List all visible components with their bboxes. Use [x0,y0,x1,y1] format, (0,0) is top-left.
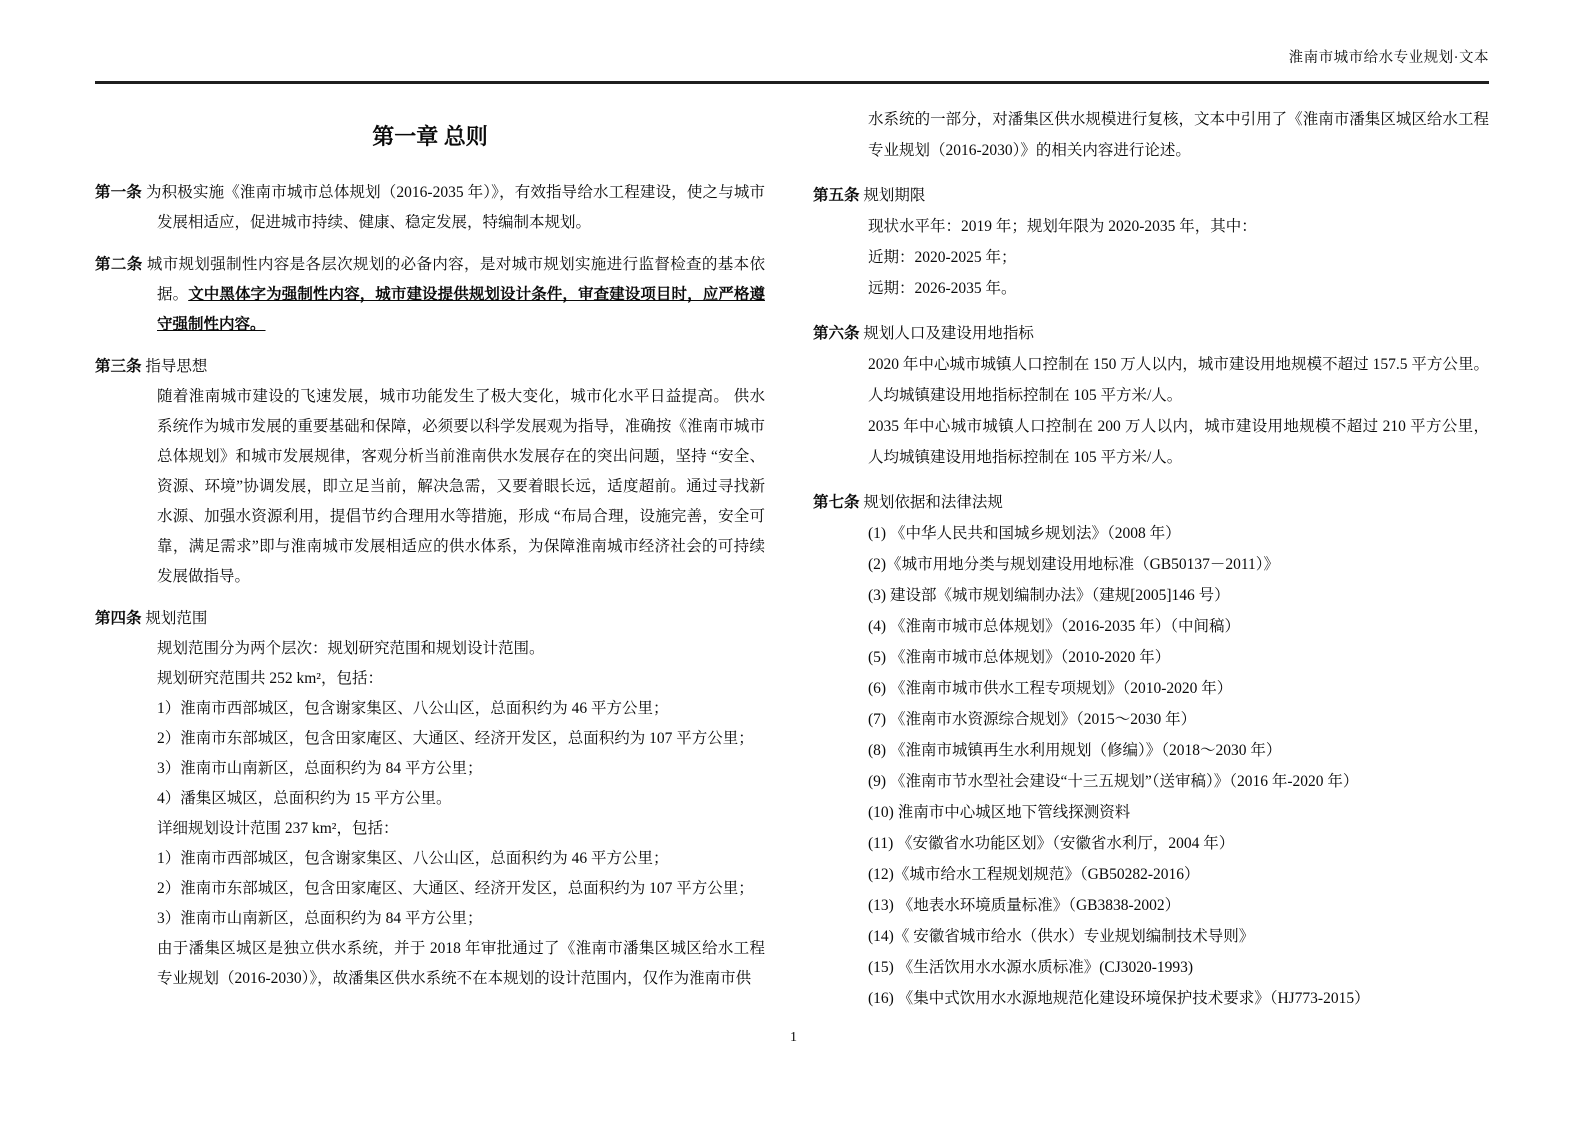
article-1: 第一条 为积极实施《淮南市城市总体规划（2016-2035 年）》，有效指导给水… [95,178,765,238]
population-land-paragraph: 2035 年中心城市城镇人口控制在 200 万人以内，城市建设用地规模不超过 2… [813,411,1489,473]
legal-basis-item: (9) 《淮南市节水型社会建设“十三五规划”（送审稿）》（2016 年-2020… [813,766,1489,797]
legal-basis-item: (3) 建设部《城市规划编制办法》（建规[2005]146 号） [813,580,1489,611]
left-column: 第一章 总则 第一条 为积极实施《淮南市城市总体规划（2016-2035 年）》… [95,104,765,1014]
planning-horizon-line: 现状水平年：2019 年；规划年限为 2020-2035 年，其中： [813,211,1489,242]
article-6: 第六条 规划人口及建设用地指标 [813,318,1489,349]
page-content: 第一章 总则 第一条 为积极实施《淮南市城市总体规划（2016-2035 年）》… [95,104,1489,1014]
design-scope-item: 1）淮南市西部城区，包含谢家集区、八公山区，总面积约为 46 平方公里； [95,844,765,874]
design-scope-item: 2）淮南市东部城区，包含田家庵区、大通区、经济开发区，总面积约为 107 平方公… [95,874,765,904]
article-5: 第五条 规划期限 [813,180,1489,211]
legal-basis-item: (7) 《淮南市水资源综合规划》（2015～2030 年） [813,704,1489,735]
research-scope-item: 2）淮南市东部城区，包含田家庵区、大通区、经济开发区，总面积约为 107 平方公… [95,724,765,754]
article-2: 第二条 城市规划强制性内容是各层次规划的必备内容，是对城市规划实施进行监督检查的… [95,250,765,340]
scope-levels-paragraph: 规划范围分为两个层次：规划研究范围和规划设计范围。 [95,634,765,664]
article-6-label: 第六条 [813,325,860,342]
chapter-title: 第一章 总则 [95,120,765,154]
legal-basis-item: (2)《城市用地分类与规划建设用地标准（GB50137－2011）》 [813,549,1489,580]
article-3-label: 第三条 [95,358,142,375]
legal-basis-item: (11) 《安徽省水功能区划》（安徽省水利厅，2004 年） [813,828,1489,859]
article-7-title: 规划依据和法律法规 [863,494,1003,511]
design-scope-item: 3）淮南市山南新区，总面积约为 84 平方公里； [95,904,765,934]
panji-note-continuation: 水系统的一部分，对潘集区供水规模进行复核，文本中引用了《淮南市潘集区城区给水工程… [813,104,1489,166]
article-4: 第四条 规划范围 [95,604,765,634]
legal-basis-item: (5) 《淮南市城市总体规划》（2010-2020 年） [813,642,1489,673]
research-scope-item: 3）淮南市山南新区，总面积约为 84 平方公里； [95,754,765,784]
legal-basis-item: (15) 《生活饮用水水源水质标准》(CJ3020-1993) [813,952,1489,983]
page-number: 1 [0,1030,1587,1046]
article-4-label: 第四条 [95,610,142,627]
planning-horizon-line: 远期：2026-2035 年。 [813,273,1489,304]
panji-note-paragraph: 由于潘集区城区是独立供水系统，并于 2018 年审批通过了《淮南市潘集区城区给水… [95,934,765,994]
article-1-label: 第一条 [95,184,142,201]
article-5-title: 规划期限 [863,187,925,204]
article-2-label: 第二条 [95,256,143,273]
legal-basis-item: (8) 《淮南市城镇再生水利用规划（修编）》（2018～2030 年） [813,735,1489,766]
legal-basis-item: (1) 《中华人民共和国城乡规划法》（2008 年） [813,518,1489,549]
article-3: 第三条 指导思想 [95,352,765,382]
article-6-title: 规划人口及建设用地指标 [863,325,1034,342]
article-2-mandatory-text: 文中黑体字为强制性内容，城市建设提供规划设计条件，审查建设项目时，应严格遵守强制… [157,286,765,333]
legal-basis-item: (12)《城市给水工程规划规范》（GB50282-2016） [813,859,1489,890]
population-land-paragraph: 2020 年中心城市城镇人口控制在 150 万人以内，城市建设用地规模不超过 1… [813,349,1489,411]
page-header-title: 淮南市城市给水专业规划·文本 [1289,46,1489,67]
legal-basis-item: (10) 淮南市中心城区地下管线探测资料 [813,797,1489,828]
header-rule [95,81,1489,84]
article-1-text: 为积极实施《淮南市城市总体规划（2016-2035 年）》，有效指导给水工程建设… [146,184,765,231]
article-4-title: 规划范围 [145,610,207,627]
legal-basis-item: (13) 《地表水环境质量标准》（GB3838-2002） [813,890,1489,921]
article-5-label: 第五条 [813,187,860,204]
right-column: 水系统的一部分，对潘集区供水规模进行复核，文本中引用了《淮南市潘集区城区给水工程… [813,104,1489,1014]
legal-basis-item: (14)《 安徽省城市给水（供水）专业规划编制技术导则》 [813,921,1489,952]
design-scope-paragraph: 详细规划设计范围 237 km²，包括： [95,814,765,844]
research-scope-item: 1）淮南市西部城区，包含谢家集区、八公山区，总面积约为 46 平方公里； [95,694,765,724]
research-scope-item: 4）潘集区城区，总面积约为 15 平方公里。 [95,784,765,814]
document-page: 淮南市城市给水专业规划·文本 第一章 总则 第一条 为积极实施《淮南市城市总体规… [0,0,1587,1122]
legal-basis-item: (16) 《集中式饮用水水源地规范化建设环境保护技术要求》（HJ773-2015… [813,983,1489,1014]
article-7: 第七条 规划依据和法律法规 [813,487,1489,518]
article-3-title: 指导思想 [145,358,207,375]
guiding-thought-paragraph: 随着淮南城市建设的飞速发展，城市功能发生了极大变化，城市化水平日益提高。 供水系… [95,382,765,592]
legal-basis-item: (4) 《淮南市城市总体规划》（2016-2035 年）（中间稿） [813,611,1489,642]
article-7-label: 第七条 [813,494,860,511]
legal-basis-item: (6) 《淮南市城市供水工程专项规划》（2010-2020 年） [813,673,1489,704]
research-scope-paragraph: 规划研究范围共 252 km²，包括： [95,664,765,694]
planning-horizon-line: 近期：2020-2025 年； [813,242,1489,273]
